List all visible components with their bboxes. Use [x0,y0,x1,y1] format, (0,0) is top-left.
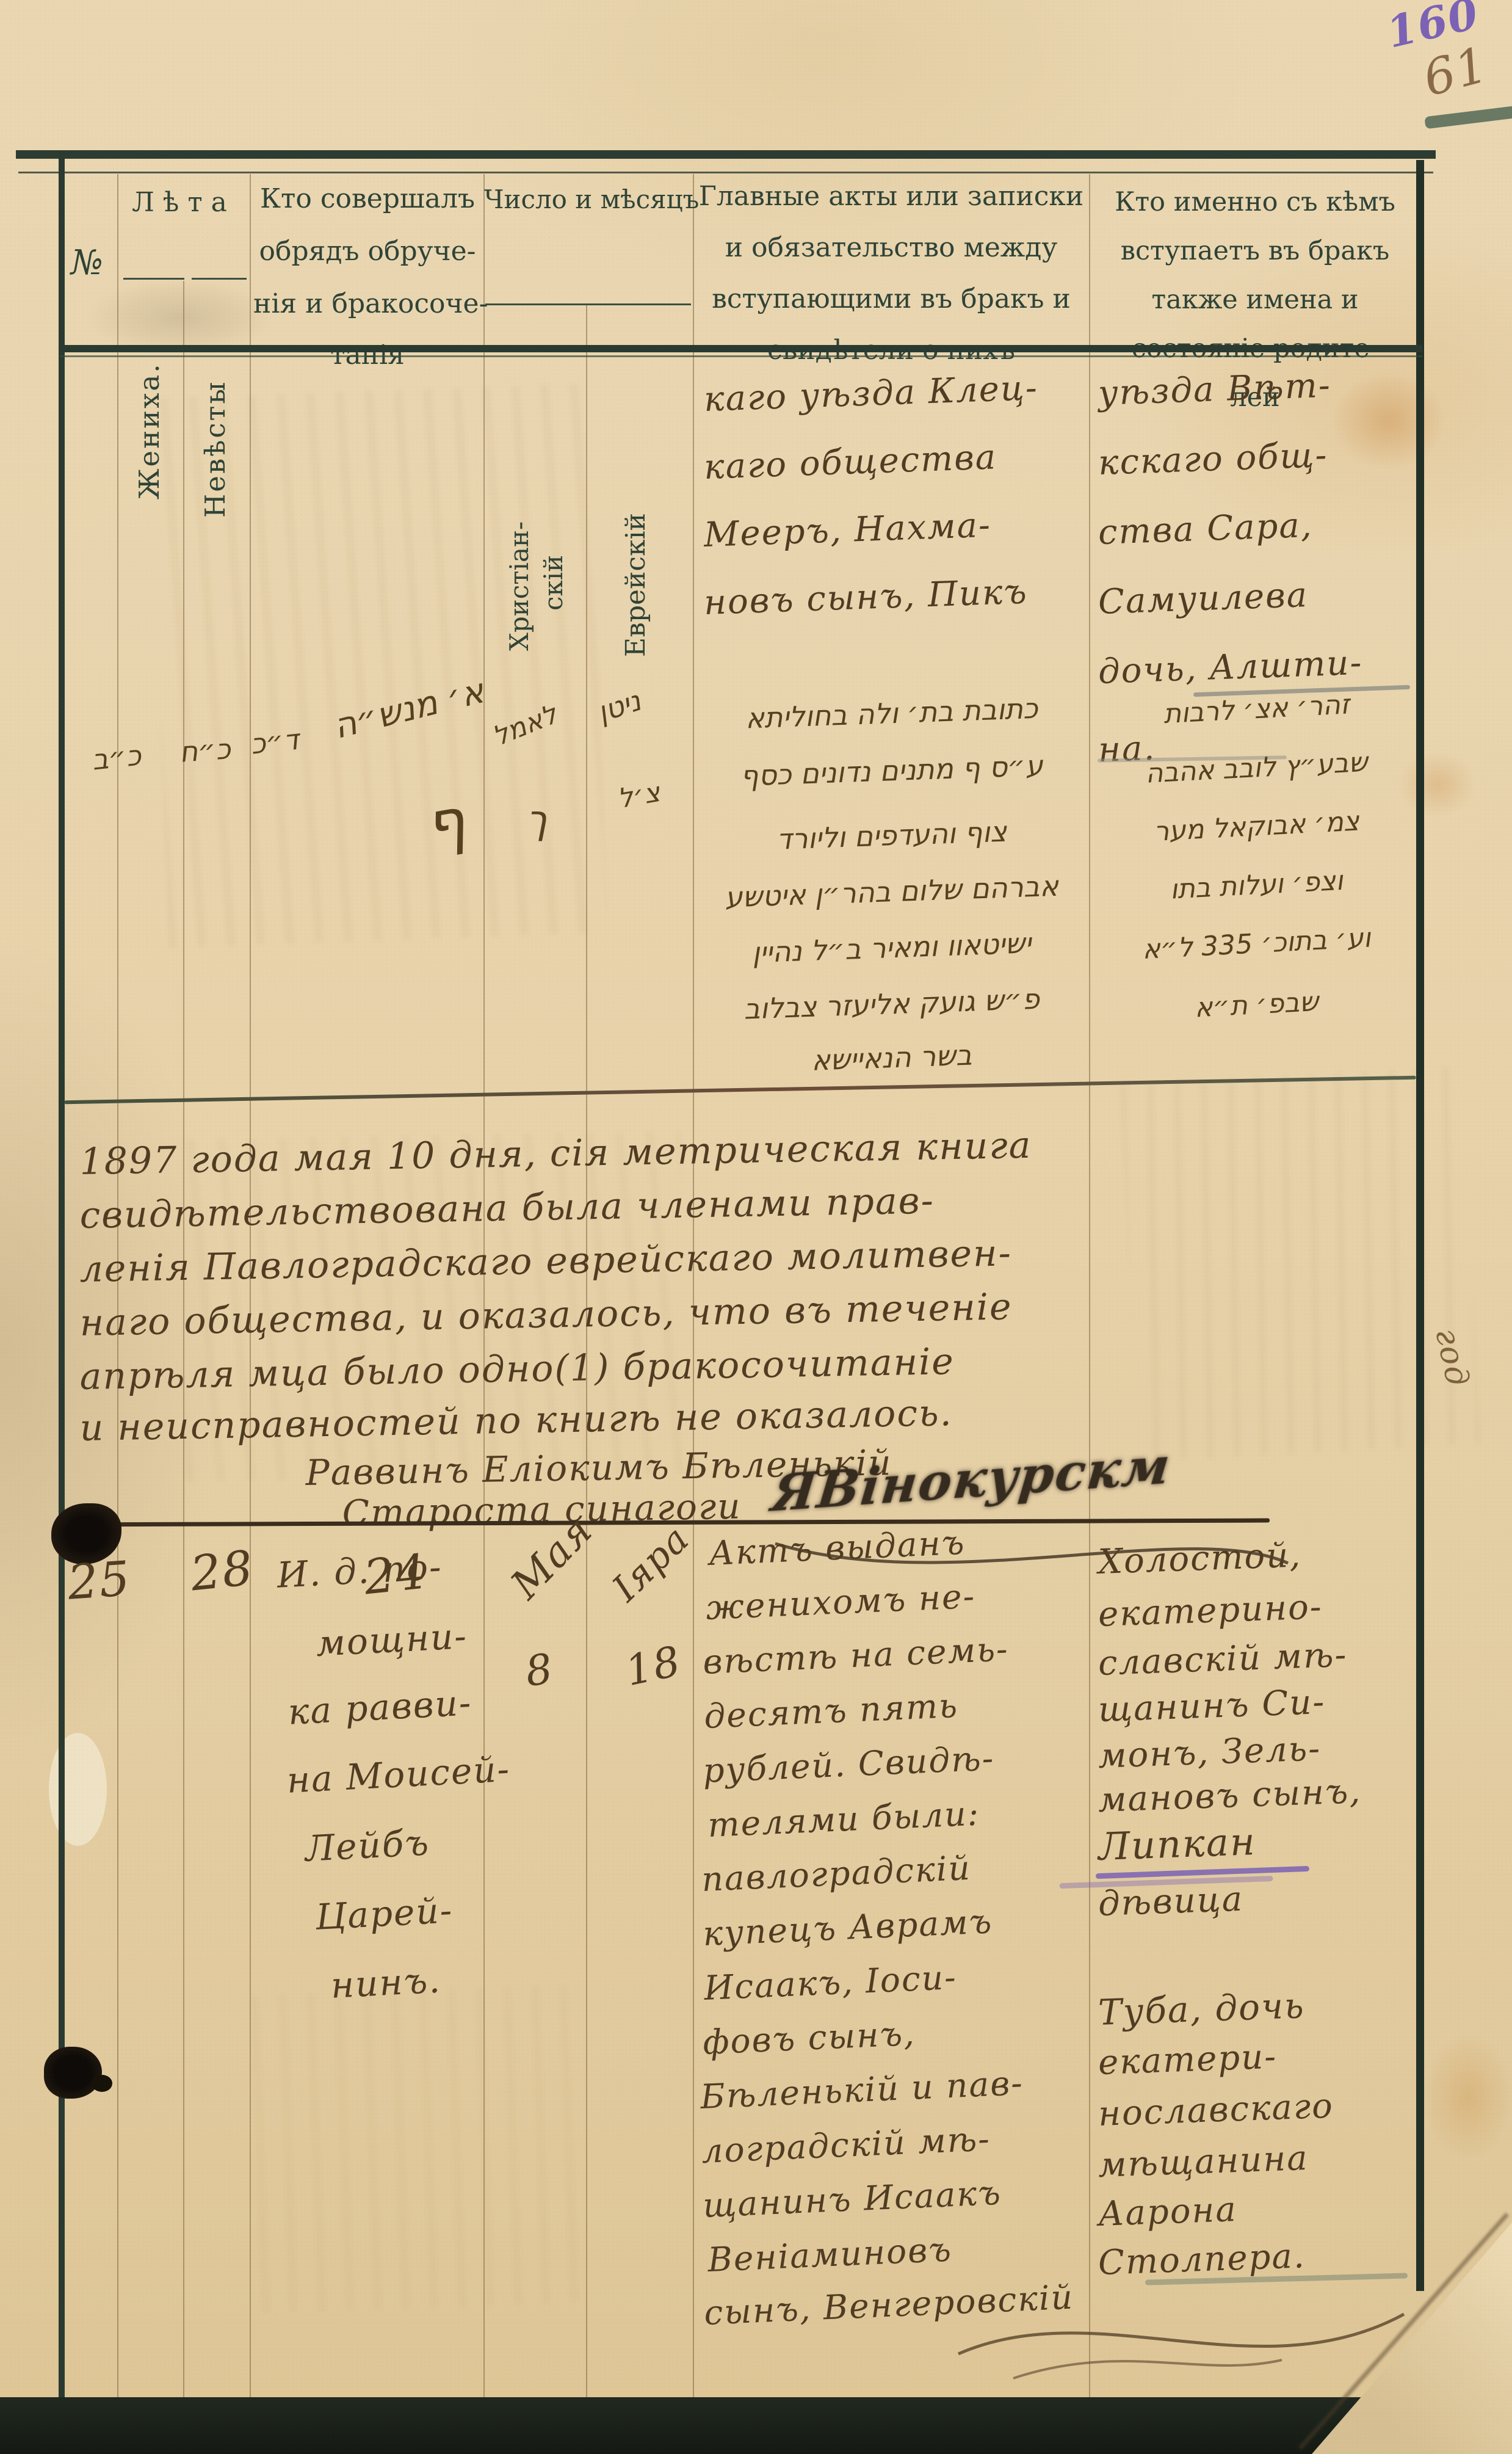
col-header-officiant-line: нія и бракосоче- [253,288,482,319]
scan-bottom-edge [0,2397,1512,2454]
table-top-rule-thin [18,172,1433,173]
record1-parties-line: Самуилева [1098,575,1309,622]
record1-acts-hebrew-line: כתובת בת׳ ולה בחוליתא [702,690,1082,736]
record2-parties-line: монъ, Зель- [1098,1729,1322,1776]
record1-date-hebrew-hebrew: ניטן [593,684,645,728]
col-header-groom: Жениха. [133,362,165,499]
record2-acts-line: рублей. Свидѣ- [702,1738,995,1790]
record2-date-christian-day: 8 [523,1645,557,1697]
col-header-acts-line: вступающими въ бракъ и [697,283,1085,314]
col-header-acts-line: и обязательство между [697,232,1085,263]
record1-parties-line: уѣзда Вѣт- [1098,366,1332,413]
record2-acts-line: купецъ Аврамъ [702,1901,994,1953]
record2-acts-line: лоградскій мѣ- [701,2119,991,2171]
record1-parties-hebrew-line: וע׳ בתוכ׳ 335 ל״א [1096,920,1417,968]
column-line [250,174,251,2405]
record2-parties-line: славскій мѣ- [1098,1635,1348,1683]
record1-age-hebrew: כ״ח [178,732,232,769]
col-header-officiant-line: Кто совершалъ [253,183,482,214]
ink-blot [92,2075,112,2092]
col-header-no: № [71,243,103,283]
record2-acts-line: Исаакъ, Іоси- [703,1958,958,2008]
green-smudge [1424,106,1512,129]
record2-parties-line-underlined: Липкан [1098,1819,1257,1869]
col-header-acts-line: Главные акты или записки [697,181,1085,212]
col-header-parties-line: вступаетъ въ бракъ [1094,236,1416,266]
record1-age-hebrew: כ״ב [90,739,143,777]
metrical-book-page: 160 61 № Лѣта Жениха. Невѣсты Кто соверш… [0,0,1512,2454]
margin-note: год [1428,1325,1476,1390]
record2-acts-line: фовъ сынъ, [702,2014,916,2062]
certification-line: наго общества, и оказалось, что въ течен… [79,1285,1013,1345]
record2-acts-line: павлоградскій [701,1848,972,1899]
record2-parties-line: екатерино- [1098,1587,1323,1635]
certification-line: 1897 года мая 10 дня, сія метрическая кн… [79,1124,1032,1183]
record2-parties-line: щанинъ Си- [1098,1682,1326,1730]
table-left-border [59,150,65,2405]
record1-acts-hebrew-line: ע״ס ף מתנים נדונים כסף [702,747,1082,794]
table-top-rule [16,150,1436,159]
column-line [1089,174,1090,2405]
record1-officiant-hebrew: א׳ מנש״ה [330,671,488,747]
column-line [693,174,694,2405]
record2-officiant-line: мощни- [315,1615,468,1664]
record2-acts-line: десятъ пять [703,1686,959,1736]
record1-parties-line: дочь, Алшти- [1098,643,1363,692]
record2-acts-line: щанинъ Исаакъ [702,2173,1002,2225]
record2-number: 25 [66,1552,132,1611]
record2-groom-age: 28 [188,1541,256,1602]
record1-acts-hebrew-line: בשר הנאיישא [702,1034,1082,1081]
record1-acts-hebrew-line: אברהם שלום בהר״ן איטשע [702,868,1082,915]
record1-age-hebrew: ד״כ [249,723,300,761]
record2-acts-line: Бѣленькій и пав- [700,2063,1024,2116]
col-header-bride: Невѣсты [199,380,231,518]
col-header-years: Лѣта [120,187,248,218]
record1-parties-hebrew-line: שבפ׳ ת״א [1096,981,1417,1029]
record1-acts-line: каго уѣзда Клец- [703,368,1039,419]
date-underline [485,303,691,305]
record1-acts-hebrew-line: צוף והעדפים וליורד [702,812,1082,859]
col-header-date-christian: скій [538,555,568,611]
record1-officiant-hebrew: ף [420,784,471,861]
certification-warden-line: Староста синагоги [342,1486,742,1534]
record2-acts-line: телями были: [707,1794,980,1845]
header-bottom-rule-thin [60,355,1422,357]
certification-line: апрѣля мца было одно(1) бракосочитаніе [79,1340,955,1398]
bleedthrough-streak [251,1985,579,2314]
record2-parties-line: мѣщанина [1098,2138,1309,2185]
column-line [483,174,485,2405]
record2-acts-line: женихомъ не- [705,1577,976,1627]
years-underline [123,278,184,280]
flourish-swash [940,2287,1428,2384]
record2-acts-line: вѣстѣ на семь- [702,1629,1010,1682]
record1-date-christian-hebrew: לאמל [488,699,562,752]
record2-parties-line: Аарона [1098,2190,1238,2234]
record1-parties-line: кскаго общ- [1098,435,1328,483]
record2-date-hebrew-day: 18 [621,1637,685,1696]
record2-officiant-line: на Моисей- [286,1748,512,1801]
record1-parties-hebrew-line: וצפ׳ ועלות בתו [1096,862,1417,909]
record2-parties-line: Холостой, [1098,1535,1302,1582]
certification-line: и неисправностей по книгѣ не оказалось. [79,1392,953,1450]
record2-parties-line: екатери- [1098,2037,1278,2083]
years-underline [192,278,247,280]
record2-parties-line: нославскаго [1098,2086,1334,2134]
record2-officiant-line: И. д. по- [276,1546,443,1596]
record2-officiant-line: ка равви- [287,1682,473,1733]
col-header-officiant-line: обрядъ обруче- [253,236,482,267]
certification-line: свидѣтельствована была членами прав- [79,1180,935,1237]
record1-acts-hebrew-line: ישיטאוו ומאיר ב״ל נהיין [702,924,1082,971]
record1-parties-line: ства Сара, [1098,506,1314,553]
record2-date-hebrew-month: Іяра [604,1517,698,1610]
ink-blot [44,2047,102,2099]
col-header-date: Число и мѣсяцъ [484,184,692,214]
record1-date-hebrew-hebrew: צ׳ל [615,777,662,815]
record2-officiant-line: Царей- [314,1889,454,1938]
ink-divider [64,1076,1416,1105]
header-bottom-rule [60,345,1422,352]
col-header-parties-line: также имена и [1094,285,1416,315]
record1-acts-line: новъ сынъ, Пикъ [703,572,1029,622]
record2-parties-line: дѣвица [1098,1879,1244,1924]
bleedthrough-streak [1120,1066,1481,1462]
record1-acts-line: Мееръ, Нахма- [703,506,992,555]
record2-acts-line: Веніаминовъ [707,2230,953,2279]
col-header-parties-line: Кто именно съ кѣмъ [1094,187,1416,217]
stain [1422,2033,1512,2162]
record1-acts-hebrew-line: פ״ש גועק אליעזר צבלוב [702,981,1082,1027]
record1-date-christian-hebrew: ך [526,797,547,843]
col-header-date-christian: Христіан- [504,521,534,651]
record2-officiant-line: нинъ. [330,1959,442,2006]
record1-parties-hebrew-line: צמ׳ אבוקאל מער [1096,803,1417,851]
record2-parties-line: мановъ сынъ, [1098,1771,1362,1820]
table-right-border [1416,160,1424,2291]
record2-officiant-line: Лейбъ [304,1821,430,1870]
record2-parties-line: Туба, дочь [1098,1984,1306,2033]
col-header-date-hebrew: Еврейскій [620,513,651,657]
record1-acts-line: каго общества [703,437,997,487]
certification-line: ленія Павлоградскаго еврейскаго молитвен… [79,1232,1012,1291]
paper-damage-patch [49,1733,107,1846]
